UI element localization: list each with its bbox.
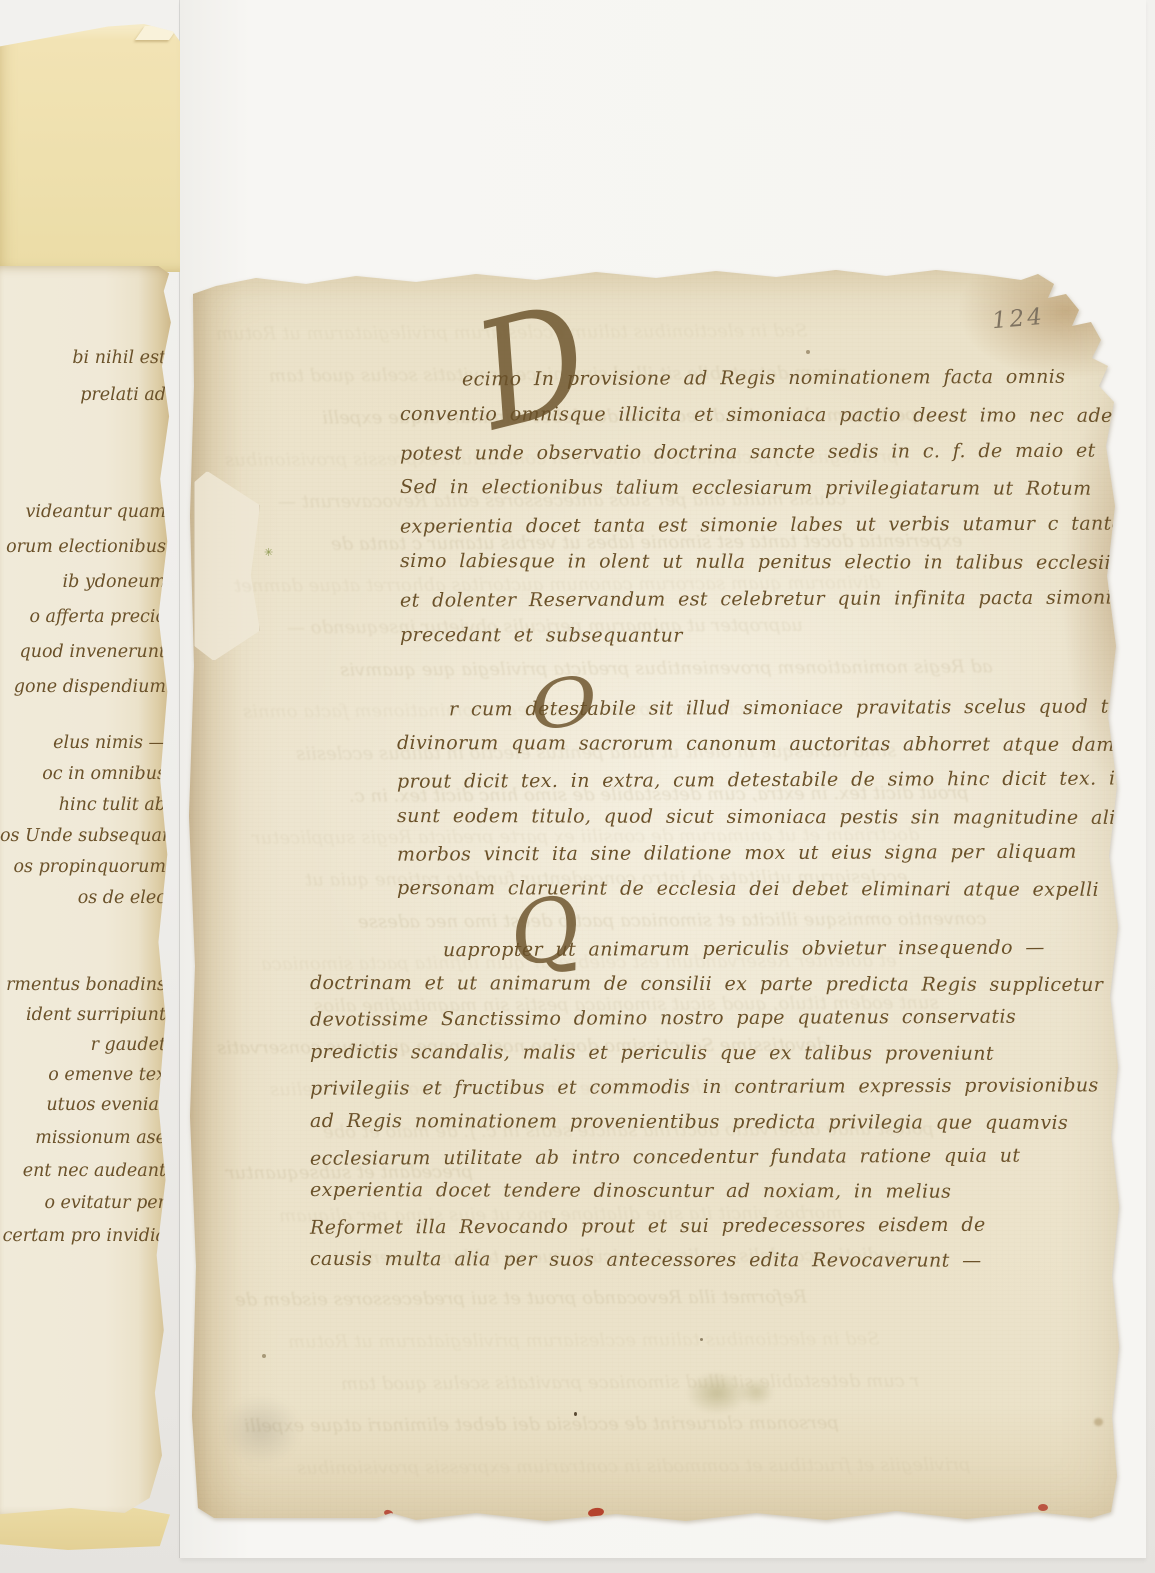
manuscript-leaf-wrap: Sed in electionibus talium ecclesiarum p… — [186, 266, 1126, 1530]
manuscript-text-line: Sed in electionibus talium ecclesiarum p… — [400, 469, 1155, 508]
paragraph-or-cum: O r cum detestabile sit illud simoniace … — [397, 690, 1155, 907]
manuscript-text-line: privilegiis et fructibus et commodis in … — [310, 1069, 1103, 1107]
left-page-text-fragment: ent nec audeant — [0, 1155, 166, 1188]
left-page-text-fragment: elus nimis — — [0, 728, 166, 759]
manuscript-text-line: morbos vincit ita sine dilatione mox ut … — [397, 833, 1155, 873]
manuscript-text-line: ecclesiarum utilitate ab intro concedent… — [310, 1138, 1103, 1176]
left-page-fragment-block: elus nimis —oc in omnibushinc tulit abos… — [0, 728, 166, 914]
left-page-text-fragment: os de elec — [0, 883, 166, 914]
yellow-flyleaf-top — [0, 24, 180, 272]
left-page-fragment-block: rmentus bonadinsident surripiuntr gaudet… — [0, 970, 166, 1120]
paragraph-lines: ecimo In provisione ad Regis nominatione… — [400, 360, 1155, 654]
manuscript-text-line: experientia docet tanta est simonie labe… — [400, 506, 1155, 546]
brown-spot — [806, 350, 810, 354]
showthrough-line: privilegiis et fructibus et commodis in … — [297, 1454, 971, 1479]
left-page-text-fragment: o afferta precio — [0, 600, 166, 635]
manuscript-text-line: uapropter ut animarum periculis obvietur… — [310, 930, 1103, 968]
left-page-text-fragment: orum electionibus — [0, 530, 166, 565]
left-page-text-fragment: videantur quam — [0, 495, 166, 530]
manuscript-text-line: divinorum quam sacrorum canonum auctorit… — [397, 725, 1155, 763]
manuscript-text-line: devotissime Sanctissimo domino nostro pa… — [310, 999, 1103, 1037]
paragraph-quapropter: Q uapropter ut animarum periculis obviet… — [310, 932, 1103, 1278]
left-page-text-fragment: os propinquorum — [0, 852, 166, 883]
red-wax-speck — [470, 1516, 476, 1521]
left-page-text-fragment: certam pro invidia — [0, 1220, 166, 1253]
folio-number: 124 — [991, 304, 1046, 335]
left-page-text-fragment: os Unde subsequantur — [0, 821, 166, 852]
left-page-text-fragment: hinc tulit ab — [0, 790, 166, 821]
left-page-text-fragment: gone dispendium — [0, 670, 166, 705]
left-page-text-fragment: ident surripiunt — [0, 1000, 166, 1030]
showthrough-line: Sed in electionibus talium ecclesiarum p… — [288, 1328, 880, 1352]
manuscript-text-line: predictis scandalis, malis et periculis … — [310, 1035, 1103, 1072]
left-page-text-fragment: utuos eveniat — [0, 1090, 166, 1120]
paragraph-lines: r cum detestabile sit illud simoniace pr… — [397, 690, 1155, 907]
left-page-text-fragment: oc in omnibus — [0, 759, 166, 790]
left-page-text-fragment: rmentus bonadins — [0, 970, 166, 1000]
manuscript-text-line: prout dicit tex. in extra, cum detestabi… — [397, 761, 1155, 801]
manuscript-text-line: doctrinam et ut animarum de consilii ex … — [310, 966, 1103, 1003]
manuscript-text-line: r cum detestabile sit illud simoniace pr… — [397, 688, 1155, 728]
manuscript-text-line: experientia docet tendere dinoscuntur ad… — [310, 1173, 1103, 1210]
showthrough-line: conventio omnisque illicita et simoniaca… — [358, 908, 987, 932]
left-page-fragment-block: missionum aseent nec audeanto evitatur p… — [0, 1122, 166, 1252]
manuscript-text-line: ecimo In provisione ad Regis nominatione… — [400, 358, 1155, 398]
fly-speck — [700, 1338, 703, 1341]
manuscript-page: Sed in electionibus talium ecclesiarum p… — [186, 266, 1126, 1530]
gray-smudge — [222, 1396, 300, 1464]
manuscript-text-line: conventio omnisque illicita et simoniaca… — [400, 396, 1155, 435]
gutter-repair-patch — [194, 471, 260, 661]
olive-stain — [738, 1378, 774, 1406]
left-page-strip: bi nihil estprelati ad videantur quamoru… — [0, 266, 178, 1518]
photo-backdrop: bi nihil estprelati ad videantur quamoru… — [0, 0, 1155, 1573]
left-page-fragment-block: videantur quamorum electionibusib ydoneu… — [0, 495, 166, 705]
manuscript-text-line: et dolenter Reservandum est celebretur q… — [400, 579, 1155, 619]
red-wax-speck — [587, 1507, 604, 1518]
left-page-text-fragment: quod invenerunt — [0, 635, 166, 670]
left-page-text-fragment: bi nihil est — [0, 340, 166, 377]
manuscript-text-line: potest unde observatio doctrina sancte s… — [400, 432, 1155, 472]
showthrough-line: ad Regis nominationem provenientibus pre… — [340, 656, 993, 680]
showthrough-line: r cum detestabile sit illud simoniace pr… — [341, 1370, 919, 1394]
showthrough-line: personam claruerint de ecclesia dei debe… — [244, 1412, 839, 1436]
left-page-text-fragment: missionum ase — [0, 1122, 166, 1155]
fly-speck — [574, 1412, 577, 1416]
left-page-text-fragment: prelati ad — [0, 377, 166, 414]
manuscript-text-line: precedant et subsequantur — [400, 617, 1155, 656]
manuscript-text-line: simo labiesque in olent ut nulla penitus… — [400, 543, 1155, 582]
manuscript-text-line: sunt eodem titulo, quod sicut simoniaca … — [397, 798, 1155, 836]
left-page-text-fragment: ib ydoneum — [0, 565, 166, 600]
paragraph-lines: uapropter ut animarum periculis obvietur… — [310, 932, 1103, 1278]
paragraph-decimo: D ecimo In provisione ad Regis nominatio… — [400, 360, 1155, 654]
left-page-text-fragment: o evitatur per — [0, 1187, 166, 1220]
manuscript-text-line: ad Regis nominationem provenientibus pre… — [310, 1104, 1103, 1141]
left-page-text-fragment: r gaudet — [0, 1030, 166, 1060]
manuscript-text-line: Reformet illa Revocando prout et sui pre… — [310, 1207, 1103, 1245]
red-wax-speck — [383, 1509, 393, 1517]
red-wax-speck — [1038, 1504, 1048, 1511]
showthrough-line: Reformet illa Revocando prout et sui pre… — [235, 1287, 807, 1311]
left-page-text-fragment: o emenve tex — [0, 1060, 166, 1090]
fly-speck — [262, 1354, 266, 1358]
left-page-fragment-block: bi nihil estprelati ad — [0, 340, 166, 414]
green-asterisk-mark: ✳ — [264, 546, 273, 559]
manuscript-text-line: causis multa alia per suos antecessores … — [310, 1242, 1103, 1279]
brown-spot — [1094, 1418, 1103, 1426]
